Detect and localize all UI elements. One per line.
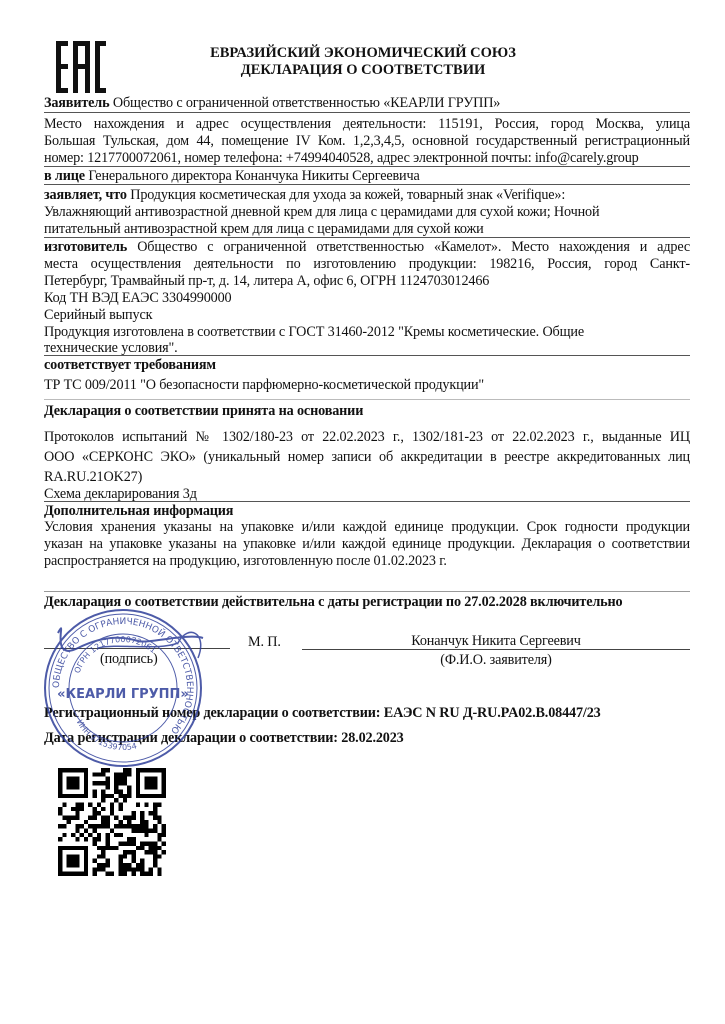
additional-line-3: распространяется на продукцию, изготовле… [44,553,447,569]
manufacturer-line-1: Общество с ограниченной ответственностью… [137,239,690,255]
header-title-2: ДЕКЛАРАЦИЯ О СООТВЕТСТВИИ [163,62,563,79]
divider [44,184,690,185]
applicant-address-3: номер: 1217700072061, номер телефона: +7… [44,150,639,166]
divider [44,399,690,400]
applicant-row: Заявитель Общество с ограниченной ответс… [44,95,500,111]
additional-label: Дополнительная информация [44,503,233,519]
standard-line-2: технические условия". [44,340,178,356]
basis-line-3: RA.RU.21OK27) [44,469,142,485]
representative-row: в лице Генерального директора Конанчука … [44,168,420,184]
release-type: Серийный выпуск [44,307,152,323]
svg-text:ИНН 9715397054: ИНН 9715397054 [75,718,138,752]
manufacturer-line-3: Петербург, Трамвайный пр-т, д. 14, литер… [44,273,489,289]
name-line [302,649,690,650]
requirements-label: соответствует требованиям [44,357,216,373]
company-stamp-icon: ОБЩЕСТВО С ОГРАНИЧЕННОЙ ОТВЕТСТВЕННОСТЬЮ… [38,603,208,773]
representative-value: Генерального директора Конанчука Никиты … [88,168,419,184]
divider [44,166,690,167]
standard-line-1: Продукция изготовлена в соответствии с Г… [44,324,584,340]
header-title-1: ЕВРАЗИЙСКИЙ ЭКОНОМИЧЕСКИЙ СОЮЗ [163,45,563,62]
additional-line-1: Условия хранения указаны на упаковке и/и… [44,519,690,535]
representative-label: в лице [44,168,85,184]
basis-line-1: Протоколов испытаний № 1302/180-23 от 22… [44,429,690,445]
manufacturer-line-2: места осуществления деятельности по изго… [44,256,690,272]
qr-code-icon[interactable] [58,768,166,876]
svg-text:ОГРН 1217700072061: ОГРН 1217700072061 [73,635,158,674]
seal-label: М. П. [248,634,281,650]
declares-row: заявляет, что Продукция косметическая дл… [44,187,565,203]
divider [44,237,690,238]
stamp-outer-text: ОБЩЕСТВО С ОГРАНИЧЕННОЙ ОТВЕТСТВЕННОСТЬЮ [52,617,194,736]
declares-label: заявляет, что [44,187,127,203]
declares-line-3: питательный антивозрастной крем для лица… [44,221,484,237]
divider [44,112,690,113]
svg-text:«КЕАРЛИ ГРУПП»: «КЕАРЛИ ГРУПП» [57,687,189,702]
applicant-label: Заявитель [44,95,109,111]
divider [44,355,690,356]
applicant-address-2: Большая Тульская, дом 44, помещение IV К… [44,133,690,149]
manufacturer-row: изготовитель Общество с ограниченной отв… [44,239,690,255]
declares-line-1: Продукция косметическая для ухода за кож… [130,187,565,203]
requirements-value: ТР ТС 009/2011 "О безопасности парфюмерн… [44,377,484,393]
eac-logo-icon [56,41,106,93]
manufacturer-label: изготовитель [44,239,127,255]
applicant-name-caption: (Ф.И.О. заявителя) [302,652,690,668]
applicant-name: Конанчук Никита Сергеевич [302,633,690,649]
applicant-value: Общество с ограниченной ответственностью… [113,95,500,111]
scheme: Схема декларирования 3д [44,486,197,502]
basis-line-2: ООО «СЕРКОНС ЭКО» (уникальный номер запи… [44,449,690,465]
applicant-address-1: Место нахождения и адрес осуществления д… [44,116,690,132]
divider [44,591,690,592]
declares-line-2: Увлажняющий антивозрастной дневной крем … [44,204,599,220]
divider [44,501,690,502]
hs-code: Код ТН ВЭД ЕАЭС 3304990000 [44,290,232,306]
additional-line-2: указан на упаковке указаны на упаковке и… [44,536,690,552]
basis-label: Декларация о соответствии принята на осн… [44,403,363,419]
svg-text:ОБЩЕСТВО С ОГРАНИЧЕННОЙ ОТВЕТС: ОБЩЕСТВО С ОГРАНИЧЕННОЙ ОТВЕТСТВЕННОСТЬЮ [52,617,194,736]
